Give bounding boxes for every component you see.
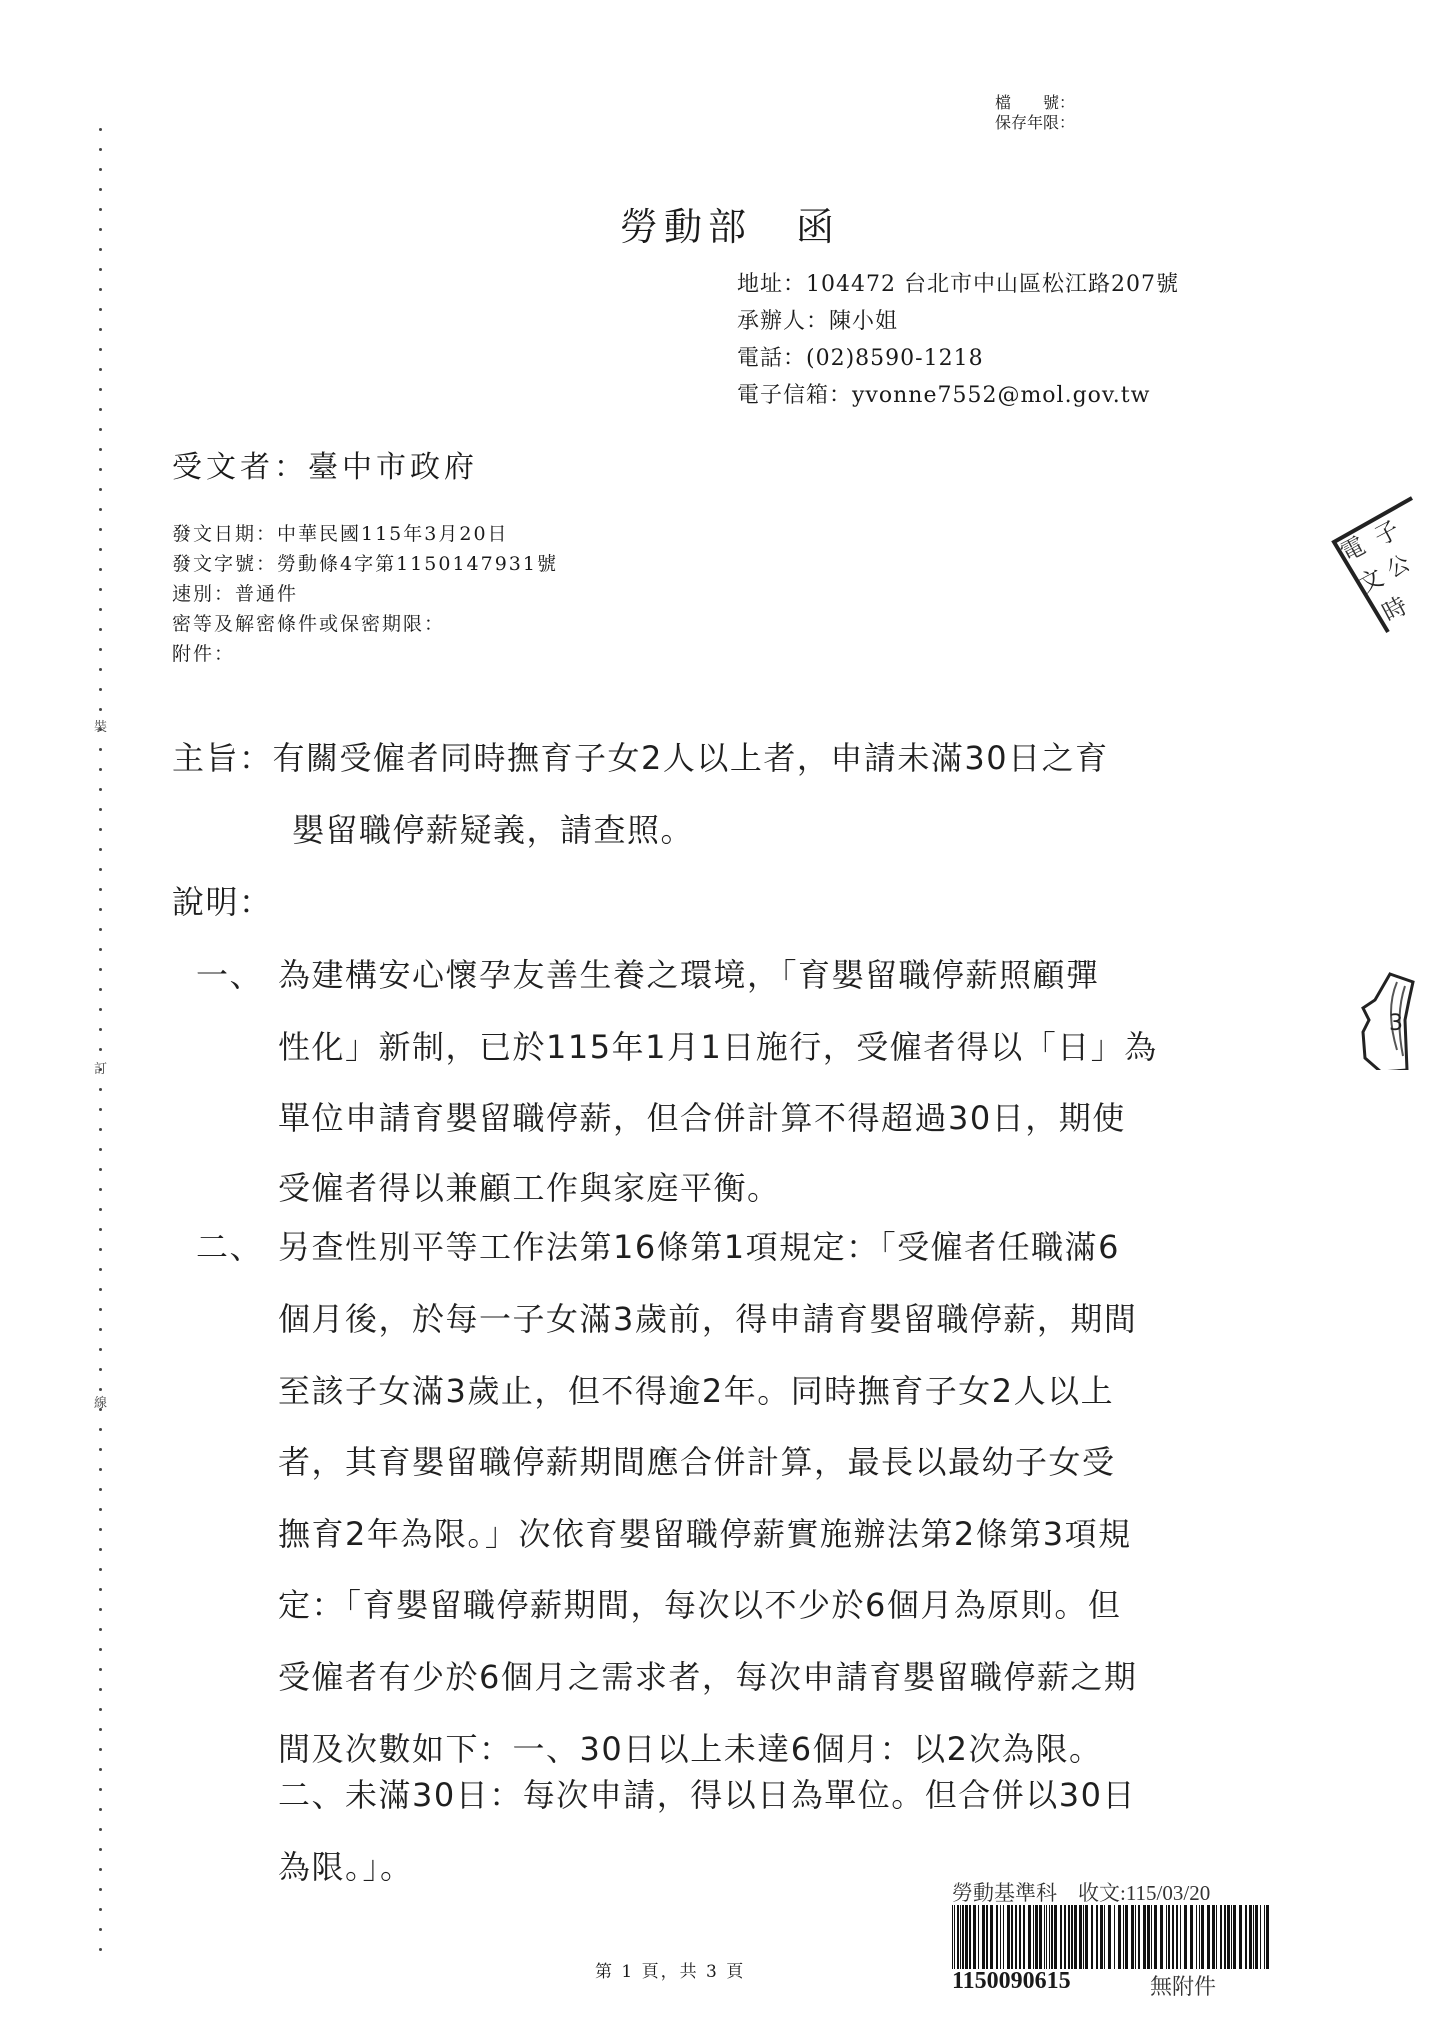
margin-dot <box>99 128 102 131</box>
margin-dot <box>99 1368 102 1371</box>
barcode-bar <box>1100 1905 1103 1969</box>
margin-dot <box>99 1448 102 1451</box>
barcode-bar <box>1207 1905 1210 1969</box>
item2-line: 二、未滿30日：每次申請，得以日為單位。但合併以30日 <box>278 1770 1136 1816</box>
margin-dot <box>99 488 102 491</box>
barcode-bar <box>1172 1905 1174 1969</box>
margin-dot <box>99 1828 102 1831</box>
margin-dot <box>99 1148 102 1151</box>
barcode-bar <box>1224 1905 1226 1969</box>
barcode-bar <box>1245 1905 1247 1969</box>
barcode-bar <box>1125 1905 1128 1969</box>
barcode-bar <box>1201 1905 1204 1969</box>
barcode-bar <box>952 1905 953 1969</box>
margin-dot <box>99 888 102 891</box>
margin-dot <box>99 288 102 291</box>
delivery-speed: 速別：普通件 <box>172 579 558 609</box>
barcode-bar <box>996 1905 998 1969</box>
margin-dot <box>99 1808 102 1811</box>
margin-dot <box>99 1188 102 1191</box>
phone: 電話：(02)8590-1218 <box>737 340 1179 377</box>
barcode-bar <box>1231 1905 1232 1969</box>
margin-dot <box>99 668 102 671</box>
barcode-bar <box>1180 1905 1181 1969</box>
barcode-bar <box>1054 1905 1057 1969</box>
barcode-bar <box>1154 1905 1157 1969</box>
barcode-bar <box>962 1905 964 1969</box>
barcode-bar <box>1044 1905 1045 1969</box>
item2-line: 受僱者有少於6個月之需求者，每次申請育嬰留職停薪之期 <box>278 1652 1137 1698</box>
barcode-bar <box>1007 1905 1010 1969</box>
barcode-bar <box>1220 1905 1222 1969</box>
svg-text:文: 文 <box>1354 563 1388 599</box>
margin-dot <box>99 1308 102 1311</box>
page-seal-stamp: 3 <box>1345 960 1440 1070</box>
barcode-bar <box>1168 1905 1170 1969</box>
item1-line: 性化」新制，已於115年1月1日施行，受僱者得以「日」為 <box>278 1022 1158 1068</box>
barcode-bar <box>1160 1905 1163 1969</box>
margin-dot <box>99 748 102 751</box>
margin-dot <box>99 1348 102 1351</box>
margin-dot <box>99 648 102 651</box>
margin-dot <box>99 1248 102 1251</box>
subject-line-1: 主旨：有關受僱者同時撫育子女2人以上者，申請未滿30日之育 <box>172 733 1109 779</box>
barcode-bar <box>1074 1905 1077 1969</box>
margin-dot <box>99 1848 102 1851</box>
binding-margin-dots <box>99 128 103 1968</box>
barcode-bar <box>1249 1905 1252 1969</box>
barcode-bar <box>1216 1905 1217 1969</box>
barcode-bar <box>1260 1905 1261 1969</box>
document-number: 發文字號：勞動條4字第1150147931號 <box>172 549 558 579</box>
margin-dot <box>99 448 102 451</box>
margin-dot <box>99 1288 102 1291</box>
barcode-bar <box>954 1905 955 1969</box>
margin-dot <box>99 1008 102 1011</box>
margin-dot <box>99 248 102 251</box>
margin-dot <box>99 848 102 851</box>
barcode-bar <box>1051 1905 1053 1969</box>
barcode-bar <box>1049 1905 1050 1969</box>
barcode-bar <box>1212 1905 1215 1969</box>
receipt-label: 勞動基準科 收文:115/03/20 <box>952 1877 1210 1907</box>
margin-dot <box>99 988 102 991</box>
item1-line: 受僱者得以兼顧工作與家庭平衡。 <box>278 1163 781 1209</box>
barcode-bar <box>1143 1905 1146 1969</box>
margin-dot <box>99 408 102 411</box>
margin-dot <box>99 688 102 691</box>
margin-dot <box>99 368 102 371</box>
binding-label-staple: 訂 <box>94 1058 107 1077</box>
barcode-bar <box>1068 1905 1070 1969</box>
margin-dot <box>99 528 102 531</box>
margin-dot <box>99 1468 102 1471</box>
barcode-bar <box>1147 1905 1150 1969</box>
margin-dot <box>99 868 102 871</box>
address: 地址：104472 台北市中山區松江路207號 <box>737 266 1179 303</box>
margin-dot <box>99 148 102 151</box>
svg-text:公: 公 <box>1383 551 1414 583</box>
barcode-bar <box>1039 1905 1042 1969</box>
barcode-bar <box>1151 1905 1152 1969</box>
barcode-bar <box>986 1905 988 1969</box>
margin-dot <box>99 1708 102 1711</box>
barcode-bar <box>1184 1905 1187 1969</box>
barcode-bar <box>1015 1905 1017 1969</box>
margin-dot <box>99 1628 102 1631</box>
barcode-bar <box>1227 1905 1230 1969</box>
margin-dot <box>99 908 102 911</box>
barcode-bar <box>1138 1905 1140 1969</box>
file-info: 檔 號： 保存年限： <box>995 93 1075 133</box>
contact-block: 地址：104472 台北市中山區松江路207號 承辦人：陳小姐 電話：(02)8… <box>737 266 1179 414</box>
item2-line: 者，其育嬰留職停薪期間應合併計算，最長以最幼子女受 <box>278 1437 1116 1483</box>
margin-dot <box>99 1028 102 1031</box>
margin-dot <box>99 1768 102 1771</box>
margin-dot <box>99 468 102 471</box>
margin-dot <box>99 548 102 551</box>
margin-dot <box>99 308 102 311</box>
recipient: 受文者：臺中市政府 <box>172 442 478 486</box>
margin-dot <box>99 508 102 511</box>
margin-dot <box>99 1388 102 1391</box>
barcode-bar <box>1085 1905 1088 1969</box>
margin-dot <box>99 1668 102 1671</box>
margin-dot <box>99 828 102 831</box>
margin-dot <box>99 948 102 951</box>
barcode-bar <box>1255 1905 1258 1969</box>
margin-dot <box>99 1648 102 1651</box>
margin-dot <box>99 568 102 571</box>
margin-dot <box>99 1328 102 1331</box>
barcode-bar <box>1033 1905 1034 1969</box>
barcode-bar <box>1114 1905 1115 1969</box>
barcode-bar <box>1104 1905 1105 1969</box>
svg-text:3: 3 <box>1389 1011 1403 1036</box>
margin-dot <box>99 1788 102 1791</box>
barcode-bar <box>1060 1905 1062 1969</box>
item2-marker: 二、 <box>196 1222 263 1268</box>
margin-dot <box>99 1868 102 1871</box>
barcode-bar <box>1190 1905 1193 1969</box>
barcode-bar <box>1239 1905 1242 1969</box>
item2-line: 定：「育嬰留職停薪期間，每次以不少於6個月為原則。但 <box>278 1580 1121 1626</box>
margin-dot <box>99 328 102 331</box>
margin-dot <box>99 228 102 231</box>
margin-dot <box>99 768 102 771</box>
barcode-bar <box>1108 1905 1111 1969</box>
barcode-bar <box>1199 1905 1200 1969</box>
barcode-bar <box>1264 1905 1265 1969</box>
barcode-bar <box>1071 1905 1073 1969</box>
margin-dot <box>99 788 102 791</box>
margin-dot <box>99 968 102 971</box>
margin-dot <box>99 168 102 171</box>
barcode-bar <box>1035 1905 1038 1969</box>
margin-dot <box>99 608 102 611</box>
margin-dot <box>99 1108 102 1111</box>
barcode-bar <box>1011 1905 1013 1969</box>
margin-dot <box>99 1128 102 1131</box>
barcode-bar <box>973 1905 976 1969</box>
item2-line: 間及次數如下：一、30日以上未達6個月：以2次為限。 <box>278 1724 1102 1770</box>
margin-dot <box>99 348 102 351</box>
barcode-bar <box>960 1905 961 1969</box>
item1-line: 為建構安心懷孕友善生養之環境，「育嬰留職停薪照顧彈 <box>278 950 1100 996</box>
document-title: 勞動部 函 <box>620 196 840 251</box>
item2-line: 為限。」。 <box>278 1842 414 1888</box>
binding-label-bind: 裝 <box>94 716 107 735</box>
item2-line: 撫育2年為限。」次依育嬰留職停薪實施辦法第2條第3項規 <box>278 1509 1132 1555</box>
barcode-bar <box>1118 1905 1121 1969</box>
barcode-bar <box>1019 1905 1021 1969</box>
electronic-document-stamp: 子 電 文 公 時 <box>1316 484 1426 634</box>
item2-line: 另查性別平等工作法第16條第1項規定：「受僱者任職滿6 <box>278 1222 1120 1268</box>
barcode-bar <box>978 1905 979 1969</box>
barcode-bar <box>957 1905 959 1969</box>
margin-dot <box>99 1508 102 1511</box>
margin-dot <box>99 1908 102 1911</box>
contact-person: 承辦人：陳小姐 <box>737 303 1179 340</box>
item1-marker: 一、 <box>196 950 263 996</box>
margin-dot <box>99 1268 102 1271</box>
barcode-bar <box>1096 1905 1098 1969</box>
barcode-bar <box>1196 1905 1197 1969</box>
barcode <box>952 1905 1272 1969</box>
barcode-bar <box>1000 1905 1001 1969</box>
margin-dot <box>99 1048 102 1051</box>
barcode-bar <box>1064 1905 1066 1969</box>
margin-dot <box>99 628 102 631</box>
retention-period-label: 保存年限： <box>995 113 1075 133</box>
margin-dot <box>99 268 102 271</box>
margin-dot <box>99 1928 102 1931</box>
document-meta: 發文日期：中華民國115年3月20日 發文字號：勞動條4字第1150147931… <box>172 519 558 669</box>
barcode-bar <box>1233 1905 1236 1969</box>
margin-dot <box>99 708 102 711</box>
issue-date: 發文日期：中華民國115年3月20日 <box>172 519 558 549</box>
barcode-bar <box>1131 1905 1134 1969</box>
margin-dot <box>99 1208 102 1211</box>
barcode-bar <box>1023 1905 1025 1969</box>
margin-dot <box>99 1088 102 1091</box>
item2-line: 個月後，於每一子女滿3歲前，得申請育嬰留職停薪，期間 <box>278 1294 1137 1340</box>
margin-dot <box>99 1948 102 1951</box>
page-number: 第 1 頁，共 3 頁 <box>595 1957 745 1982</box>
barcode-bar <box>1266 1905 1269 1969</box>
explanation-heading: 說明： <box>172 877 273 923</box>
barcode-bar <box>969 1905 971 1969</box>
barcode-bar <box>1091 1905 1093 1969</box>
margin-dot <box>99 188 102 191</box>
margin-dot <box>99 1888 102 1891</box>
margin-dot <box>99 1548 102 1551</box>
margin-dot <box>99 1688 102 1691</box>
margin-dot <box>99 928 102 931</box>
item1-line: 單位申請育嬰留職停薪，但合併計算不得超過30日，期使 <box>278 1093 1126 1139</box>
barcode-bar <box>982 1905 985 1969</box>
barcode-bar <box>1079 1905 1082 1969</box>
margin-dot <box>99 1528 102 1531</box>
margin-dot <box>99 1748 102 1751</box>
margin-dot <box>99 1568 102 1571</box>
barcode-bar <box>1083 1905 1084 1969</box>
barcode-number: 1150090615 <box>952 1968 1071 1995</box>
barcode-bar <box>1166 1905 1167 1969</box>
margin-dot <box>99 1728 102 1731</box>
margin-dot <box>99 1228 102 1231</box>
barcode-bar <box>990 1905 993 1969</box>
barcode-bar <box>1123 1905 1124 1969</box>
margin-dot <box>99 1488 102 1491</box>
barcode-bar <box>1176 1905 1178 1969</box>
subject-line-2: 嬰留職停薪疑義，請查照。 <box>292 805 694 851</box>
barcode-bar <box>1028 1905 1031 1969</box>
margin-dot <box>99 1168 102 1171</box>
barcode-bar <box>1003 1905 1004 1969</box>
attachment-note: 無附件 <box>1150 1970 1216 2001</box>
item2-line: 至該子女滿3歲止，但不得逾2年。同時撫育子女2人以上 <box>278 1366 1114 1412</box>
barcode-bar <box>1046 1905 1047 1969</box>
barcode-bar <box>1135 1905 1136 1969</box>
file-number-label: 檔 號： <box>995 93 1075 113</box>
email: 電子信箱：yvonne7552@mol.gov.tw <box>737 377 1179 414</box>
attachments: 附件： <box>172 639 558 669</box>
secrecy-level: 密等及解密條件或保密期限： <box>172 609 558 639</box>
barcode-bar <box>1253 1905 1254 1969</box>
margin-dot <box>99 588 102 591</box>
binding-label-line: 線 <box>94 1392 107 1411</box>
margin-dot <box>99 208 102 211</box>
margin-dot <box>99 388 102 391</box>
margin-dot <box>99 1588 102 1591</box>
margin-dot <box>99 1428 102 1431</box>
margin-dot <box>99 808 102 811</box>
barcode-bar <box>965 1905 968 1969</box>
margin-dot <box>99 1608 102 1611</box>
margin-dot <box>99 428 102 431</box>
